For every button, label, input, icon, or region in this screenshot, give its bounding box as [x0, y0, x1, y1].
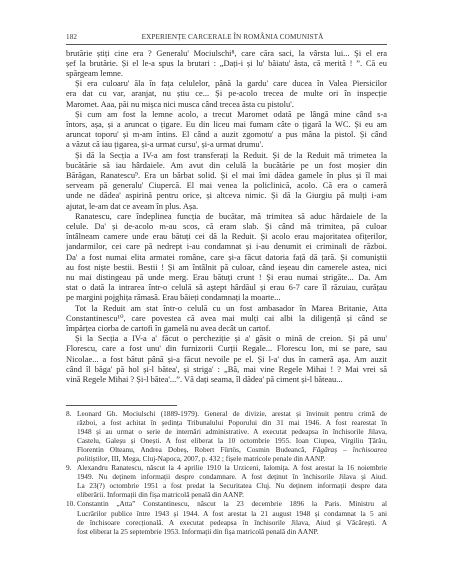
- footnote-line: 1948 și au urmat o serie de internări ad…: [77, 427, 387, 436]
- text-line: Maromet. Aaa, păi nu mișca nici musca câ…: [66, 99, 387, 109]
- footnote-number: 8.: [66, 409, 71, 418]
- text-line: Florescu, care a fost unu' din furnizori…: [66, 343, 387, 353]
- text-line: jandarmilor, cei care pă nedrept i-au co…: [66, 241, 387, 251]
- footnote-10: 10.Constantin „Atta” Constantinescu, năs…: [66, 499, 387, 535]
- paragraph: Și cum am fost la lemne acolo, a trecut …: [66, 109, 387, 150]
- text-line: ajutat, le-am dat ce aveam în plus. Așa.: [66, 201, 387, 211]
- text-line: bucătărie să iau hârdaiele. Am avut din …: [66, 160, 387, 170]
- body-text: brutărie știți cine era ? Generalu' Moci…: [66, 48, 387, 385]
- paragraph: brutărie știți cine era ? Generalu' Moci…: [66, 48, 387, 79]
- text-line: stat o dată la intrarea într-o celulă să…: [66, 282, 387, 292]
- text-line: întors, așa, și a aruncat o țigare. Eu d…: [66, 119, 387, 129]
- footnote-line: Constantin „Atta” Constantinescu, născut…: [77, 499, 387, 508]
- text-line: Și dă la Secția a IV-a am fost transfera…: [66, 150, 387, 160]
- footnote-line: de închisoare corecțională. A executat p…: [77, 518, 387, 527]
- text-line: era dat cu var, aranjat, nu știu ce... Ș…: [66, 88, 387, 98]
- text-line: Tot la Reduit am stat într-o celulă cu u…: [66, 303, 387, 313]
- footnote-line: fost eliberat la 25 septembrie 1953. Inf…: [77, 527, 387, 536]
- footnote-line: La 23(?) octombrie 1951 a fost predat la…: [77, 481, 387, 490]
- text-line: Și cum am fost la lemne acolo, a trecut …: [66, 109, 387, 119]
- text-line: brutărie știți cine era ? Generalu' Moci…: [66, 48, 387, 58]
- text-line: Și la Secția a IV-a a' făcut o percheziț…: [66, 333, 387, 343]
- text-line: Constantinescu¹⁰, care povestea că avea …: [66, 313, 387, 323]
- footnote-line: Florentin Olteanu, Andrea Dobeș, Robert …: [77, 445, 387, 454]
- text-line: serveam pă generalu' Ciupercă. El mai ve…: [66, 180, 387, 190]
- text-line: a văzut că iau țigarea, și-a urmat cursu…: [66, 139, 387, 149]
- footnote-line: politiștilor, III, Mega, Cluj-Napoca, 20…: [77, 454, 387, 463]
- footnote-line: Leonard Gh. Mociulschi (1889-1979). Gene…: [77, 409, 387, 418]
- text-line: șef la brutărie. Și el le-a spus la brut…: [66, 58, 387, 68]
- text-line: celule. Da' și de-acolo m-au scos, că er…: [66, 221, 387, 231]
- footnote-8: 8.Leonard Gh. Mociulschi (1889-1979). Ge…: [66, 409, 387, 463]
- book-page: 182 EXPERIENȚE CARCERALE ÎN ROMÂNIA COMU…: [0, 0, 452, 584]
- footnote-line: eliberării. Informații din fișa matricol…: [77, 490, 387, 499]
- running-header: 182 EXPERIENȚE CARCERALE ÎN ROMÂNIA COMU…: [66, 33, 387, 43]
- text-line: Bărăgan, Ranatescu⁹. Era un bărbat solid…: [66, 170, 387, 180]
- footnote-separator: [66, 405, 177, 406]
- footnote-number: 10.: [66, 499, 75, 508]
- text-line: Și era culoaru' ăla în fața celulelor, p…: [66, 78, 387, 88]
- footnote-number: 9.: [66, 463, 71, 472]
- footnote-line: 1949. Nu deținem informații despre conda…: [77, 472, 387, 481]
- text-line: spărgeam lemne.: [66, 68, 387, 78]
- text-line: Ranatescu, care îndeplinea funcția de bu…: [66, 211, 387, 221]
- text-line: au fost niște bestii. Bestii ! Și am înt…: [66, 262, 387, 272]
- running-title: EXPERIENȚE CARCERALE ÎN ROMÂNIA COMUNIST…: [66, 33, 387, 41]
- text-line: împărțea ciorba de cartofi în gamelă nu …: [66, 323, 387, 333]
- footnote-line: Lucrărilor publice între 1943 și 1944. A…: [77, 509, 387, 518]
- text-line: pe margini pojghița rămasă. Erau băieți …: [66, 292, 387, 302]
- text-line: vină Regele Mihai ? Și-l bătea'...”. Vă …: [66, 374, 387, 384]
- footnotes: 8.Leonard Gh. Mociulschi (1889-1979). Ge…: [66, 409, 387, 536]
- paragraph: Tot la Reduit am stat într-o celulă cu u…: [66, 303, 387, 334]
- footnote-9: 9.Alexandru Ranatescu, născut la 4 april…: [66, 463, 387, 499]
- footnote-line: Castelu, Galeșu și Onești. A fost eliber…: [77, 436, 387, 445]
- paragraph: Și era culoaru' ăla în fața celulelor, p…: [66, 78, 387, 109]
- text-line: când îl băga' pă hol și-l bătea', și str…: [66, 364, 387, 374]
- paragraph: Și la Secția a IV-a a' făcut o percheziț…: [66, 333, 387, 384]
- paragraph: Ranatescu, care îndeplinea funcția de bu…: [66, 211, 387, 303]
- text-line: unde ne dădea' aspirină pentru orice, și…: [66, 190, 387, 200]
- paragraph: Și dă la Secția a IV-a am fost transfera…: [66, 150, 387, 211]
- text-line: Da' a fost numai elita armatei române, c…: [66, 252, 387, 262]
- text-line: întâlneam camere unde erau bătuți cei dă…: [66, 231, 387, 241]
- footnote-line: Alexandru Ranatescu, născut la 4 aprilie…: [77, 463, 387, 472]
- text-line: nu mai distingeau pă unde merg. Erau băt…: [66, 272, 387, 282]
- text-line: aruncat toporu' și m-am întins. El când …: [66, 129, 387, 139]
- footnote-line: război, a fost achitat în ședința Tribun…: [77, 418, 387, 427]
- text-line: Nicolae... a fost bătut până și-a făcut …: [66, 354, 387, 364]
- header-rule: [66, 44, 387, 45]
